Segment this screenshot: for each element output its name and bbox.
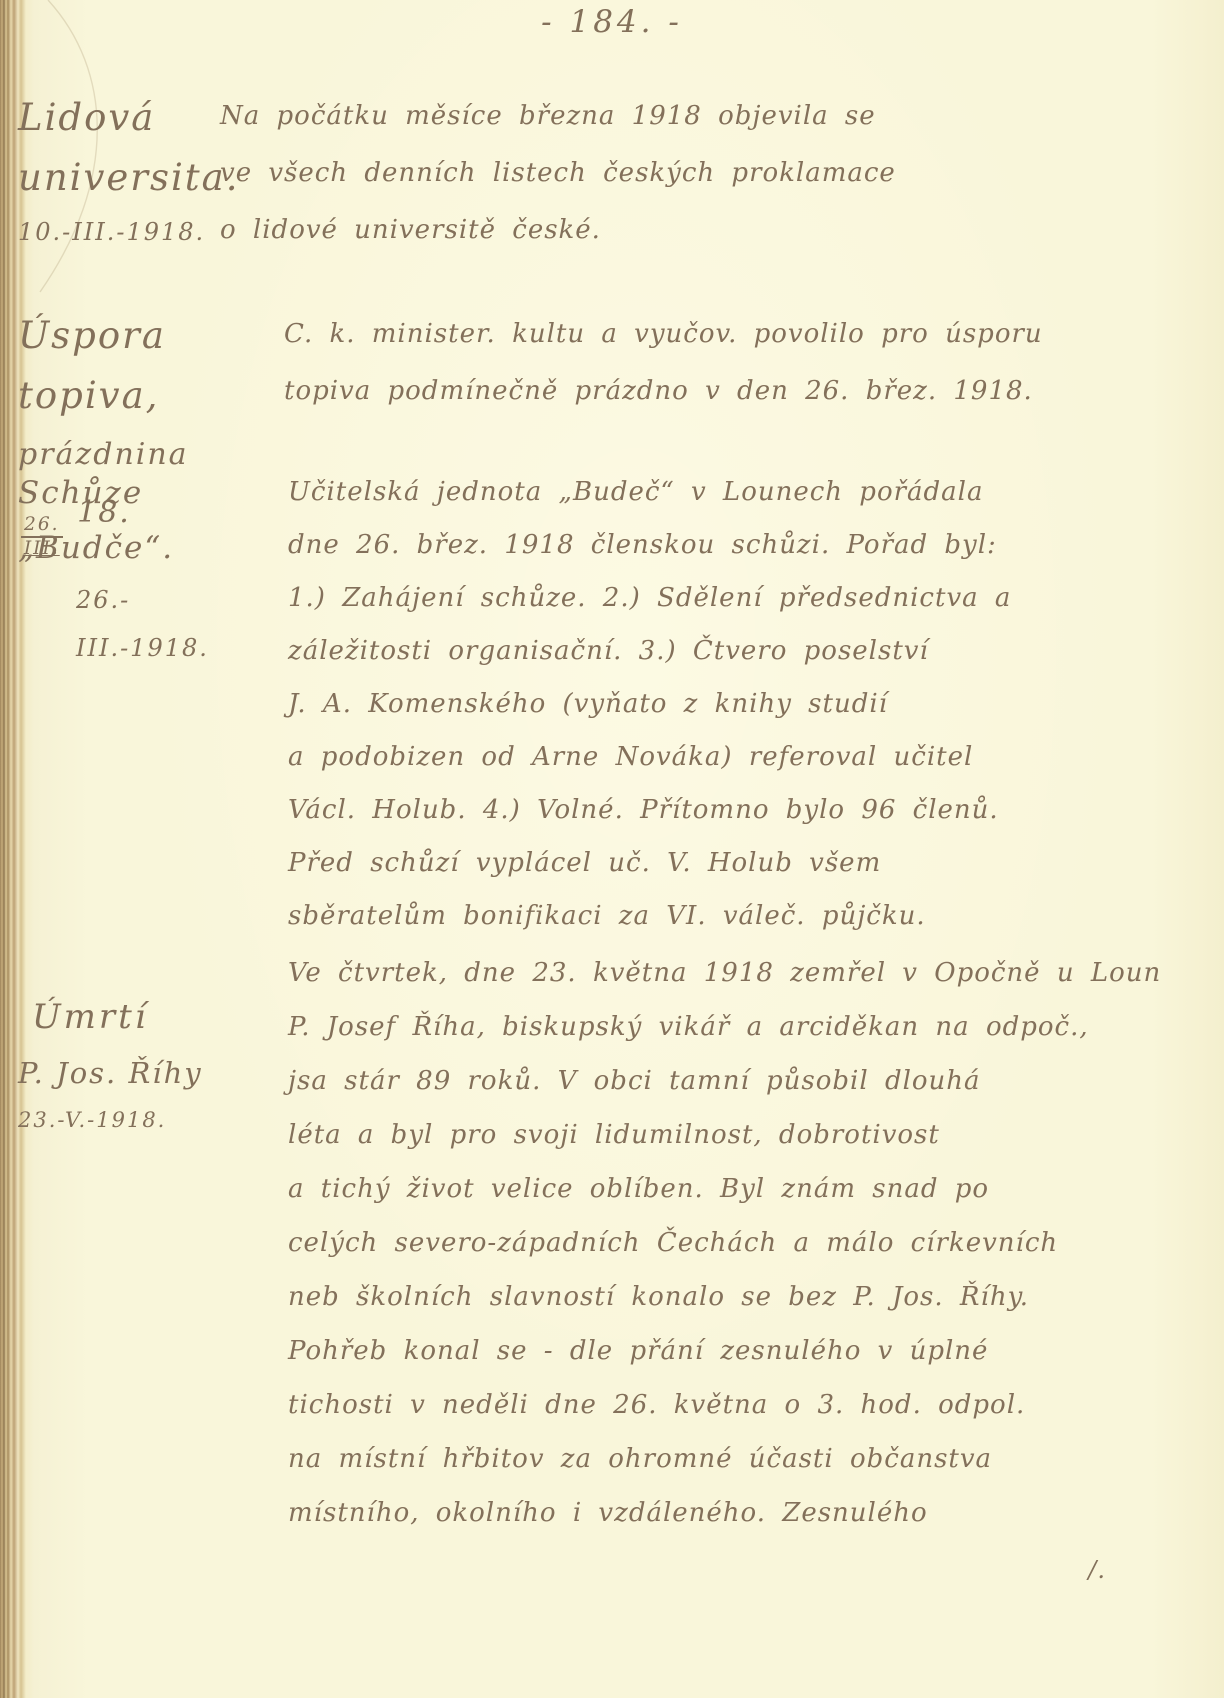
body-line: záležitosti organisační. 3.) Čtvero pose… — [288, 625, 1198, 678]
heading-date: 23.-V.-1918. — [18, 1100, 212, 1140]
entry-body: Ve čtvrtek, dne 23. května 1918 zemřel v… — [212, 946, 1224, 1540]
heading-date: 10.-III.-1918. — [18, 208, 212, 256]
body-line: Učitelská jednota „Budeč“ v Lounech pořá… — [288, 466, 1198, 519]
entry-lidova-universita: Lidová universita. 10.-III.-1918. Na poč… — [0, 88, 1224, 259]
body-line: Před schůzí vyplácel uč. V. Holub všem — [288, 837, 1198, 890]
body-line: topiva podmínečně prázdno v den 26. břez… — [284, 363, 1198, 420]
body-line: Na počátku měsíce března 1918 objevila s… — [220, 88, 1198, 145]
body-line: 1.) Zahájení schůze. 2.) Sdělení předsed… — [288, 572, 1198, 625]
body-line: jsa stár 89 roků. V obci tamní působil d… — [288, 1054, 1198, 1108]
heading-date: 26.-III.-1918. — [18, 576, 212, 672]
body-line: celých severo-západních Čechách a málo c… — [288, 1216, 1198, 1270]
body-line: J. A. Komenského (vyňato z knihy studií — [288, 678, 1198, 731]
heading-line: Lidová — [18, 88, 212, 148]
entry-body: Učitelská jednota „Budeč“ v Lounech pořá… — [212, 466, 1224, 943]
page-number: - 184. - — [0, 4, 1224, 40]
entry-body: Na počátku měsíce března 1918 objevila s… — [212, 88, 1224, 259]
entry-margin-heading: Lidová universita. 10.-III.-1918. — [0, 88, 212, 256]
entry-margin-heading: Schůze „Budče“. 26.-III.-1918. — [0, 466, 212, 672]
heading-line: universita. — [18, 148, 212, 208]
body-line: ve všech denních listech českých proklam… — [220, 145, 1198, 202]
entry-body: C. k. minister. kultu a vyučov. povolilo… — [212, 306, 1224, 420]
body-line: neb školních slavností konalo se bez P. … — [288, 1270, 1198, 1324]
body-line: a podobizen od Arne Nováka) referoval uč… — [288, 731, 1198, 784]
body-line: na místní hřbitov za ohromné účasti obča… — [288, 1432, 1198, 1486]
body-line: Ve čtvrtek, dne 23. května 1918 zemřel v… — [288, 946, 1198, 1000]
entry-umrti-p-jos-rihy: Úmrtí P. Jos. Říhy 23.-V.-1918. Ve čtvrt… — [0, 946, 1224, 1540]
body-line: tichosti v neděli dne 26. května o 3. ho… — [288, 1378, 1198, 1432]
body-line: Pohřeb konal se - dle přání zesnulého v … — [288, 1324, 1198, 1378]
heading-line: Schůze „Budče“. — [18, 466, 212, 576]
body-line: místního, okolního i vzdáleného. Zesnulé… — [288, 1486, 1198, 1540]
continuation-mark: /. — [1088, 1556, 1106, 1584]
body-line: a tichý život velice oblíben. Byl znám s… — [288, 1162, 1198, 1216]
entry-margin-heading: Úmrtí P. Jos. Říhy 23.-V.-1918. — [0, 946, 212, 1140]
body-line: léta a byl pro svoji lidumilnost, dobrot… — [288, 1108, 1198, 1162]
body-line: Václ. Holub. 4.) Volné. Přítomno bylo 96… — [288, 784, 1198, 837]
body-line: dne 26. břez. 1918 členskou schůzi. Pořa… — [288, 519, 1198, 572]
body-line: P. Josef Říha, biskupský vikář a arciděk… — [288, 1000, 1198, 1054]
heading-line: Úmrtí — [18, 988, 212, 1046]
heading-line: Úspora topiva, — [18, 306, 212, 426]
entry-schuze-budce: Schůze „Budče“. 26.-III.-1918. Učitelská… — [0, 466, 1224, 943]
body-line: sběratelům bonifikaci za VI. váleč. půjč… — [288, 890, 1198, 943]
chronicle-page: - 184. - Lidová universita. 10.-III.-191… — [0, 0, 1224, 1698]
body-line: o lidové universitě české. — [220, 202, 1198, 259]
body-line: C. k. minister. kultu a vyučov. povolilo… — [284, 306, 1198, 363]
heading-line: P. Jos. Říhy — [18, 1046, 212, 1100]
